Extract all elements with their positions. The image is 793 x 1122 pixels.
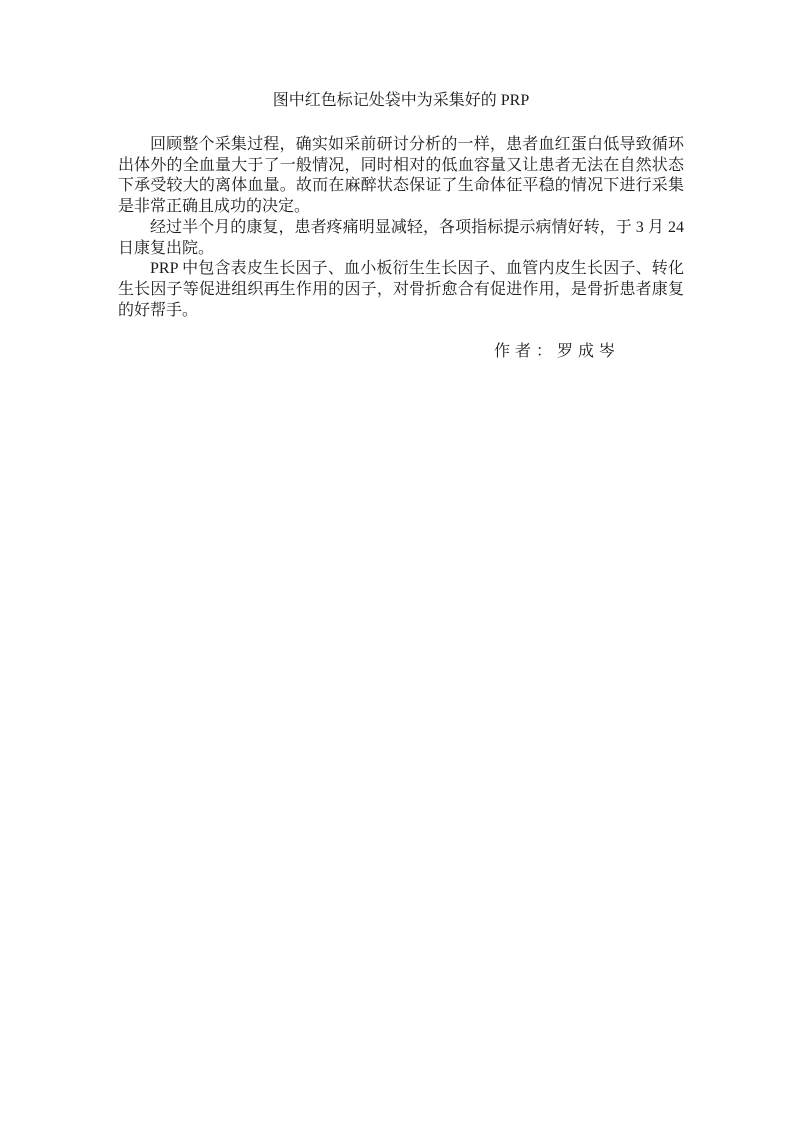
paragraph-collection-review: 回顾整个采集过程，确实如采前研讨分析的一样，患者血红蛋白低导致循环出体外的全血量…: [118, 135, 684, 218]
paragraph-prp-factors: PRP 中包含表皮生长因子、血小板衍生生长因子、血管内皮生长因子、转化生长因子等…: [118, 259, 684, 321]
document-page: 图中红色标记处袋中为采集好的 PRP 回顾整个采集过程，确实如采前研讨分析的一样…: [0, 0, 793, 1122]
paragraph-recovery: 经过半个月的康复，患者疼痛明显减轻，各项指标提示病情好转，于 3 月 24 日康…: [118, 218, 684, 259]
author-line: 作者：罗成岑: [118, 342, 684, 363]
figure-caption-title: 图中红色标记处袋中为采集好的 PRP: [118, 90, 684, 111]
